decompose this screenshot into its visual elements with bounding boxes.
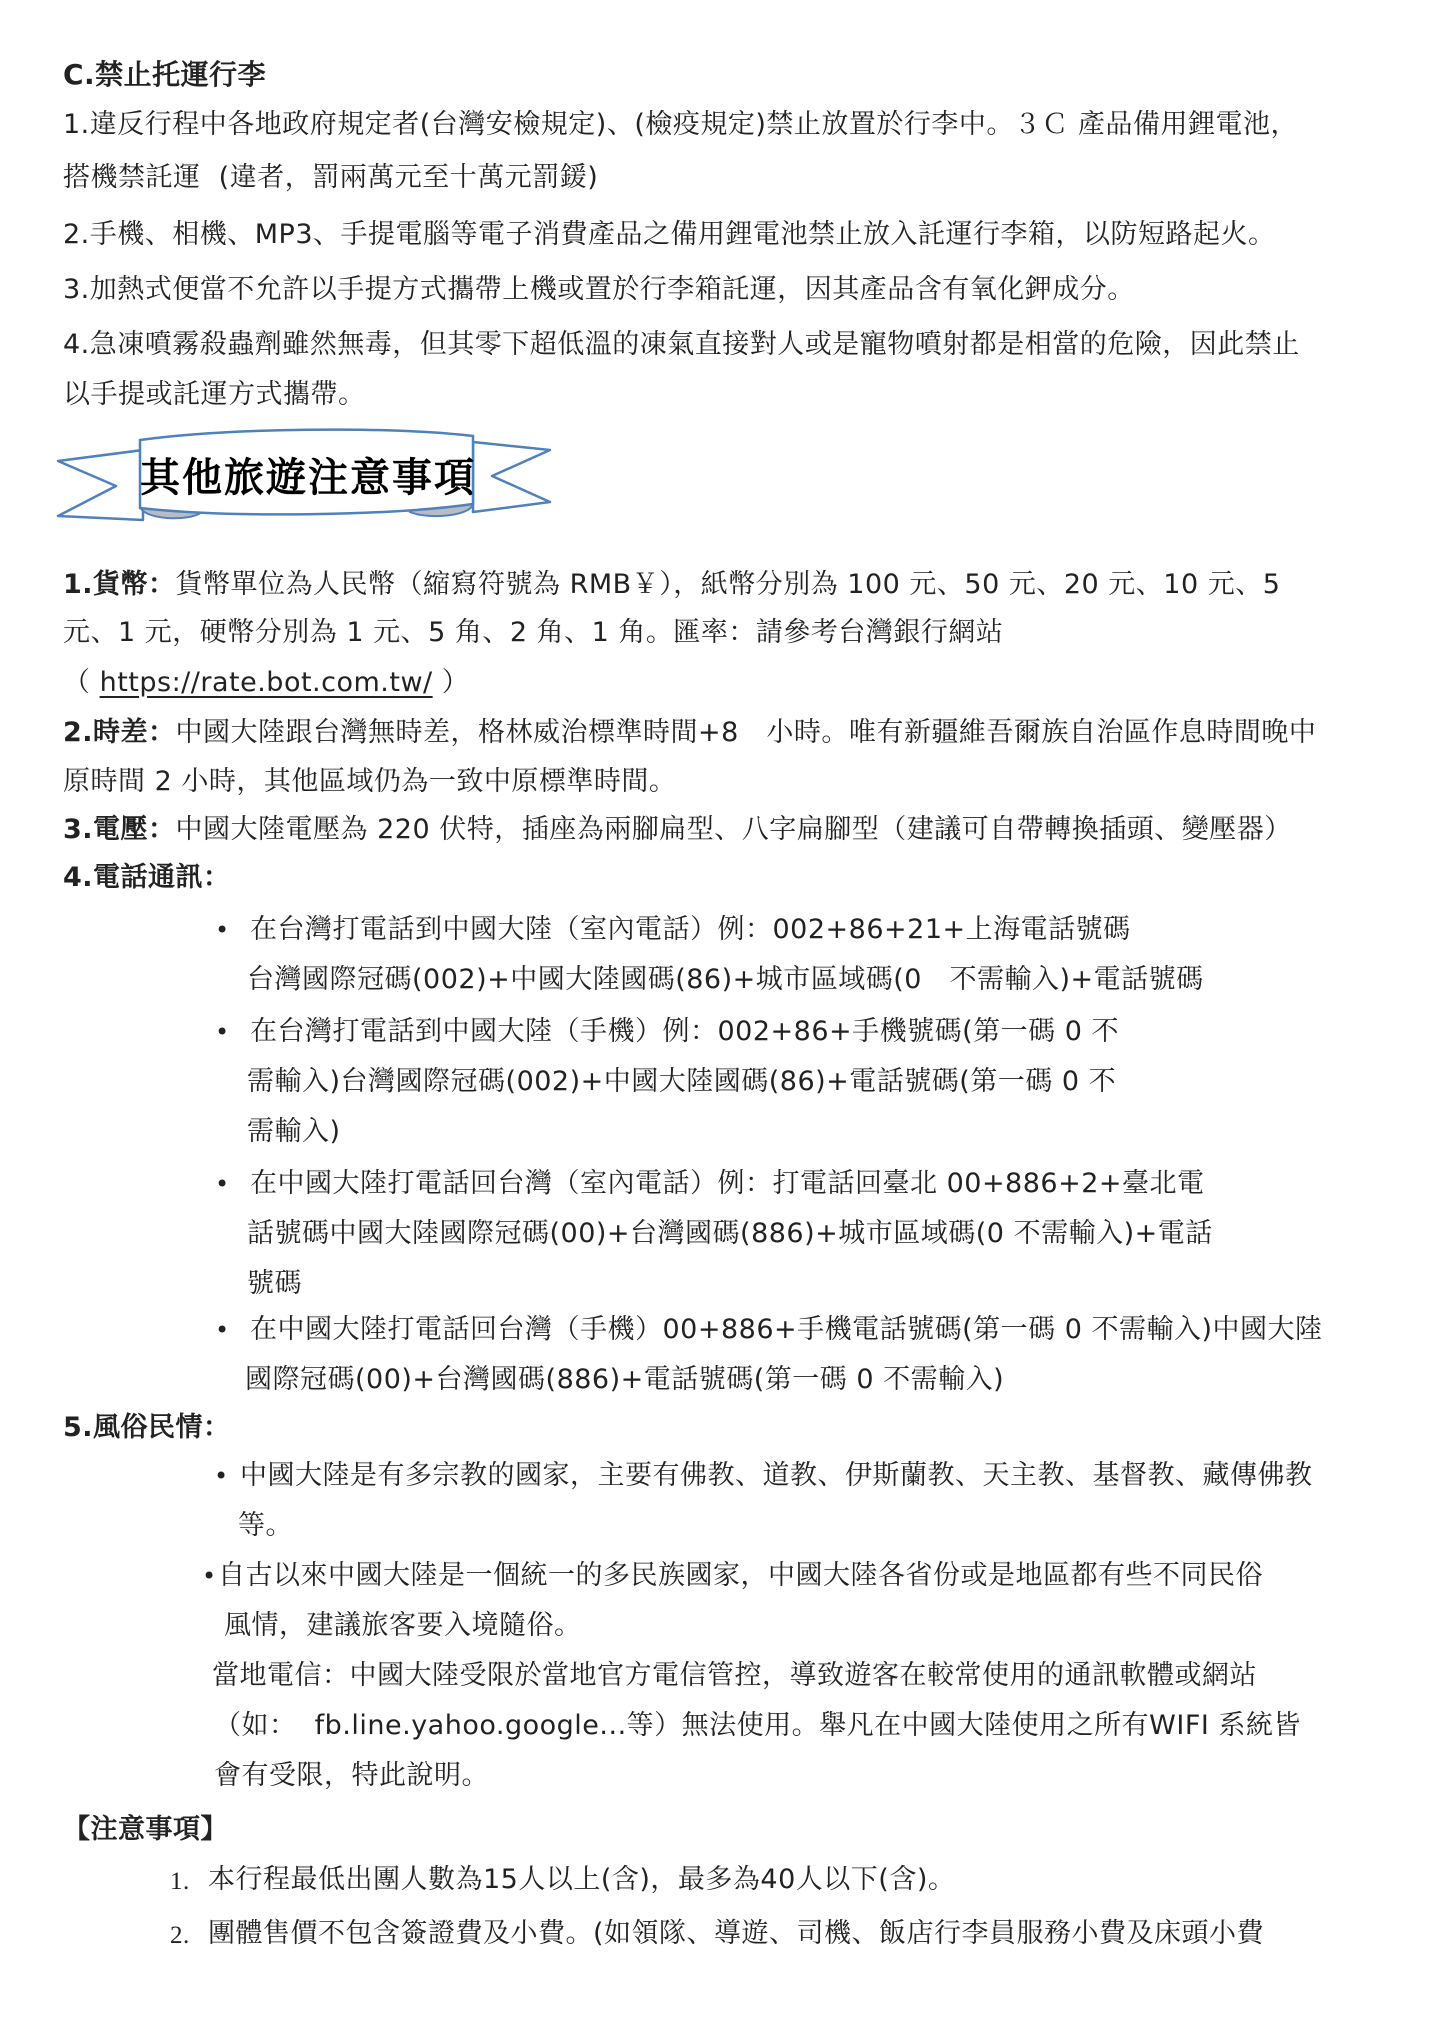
notice-item-number: 2.	[170, 1918, 190, 1954]
customs-bullet-cont: 風情，建議旅客要入境隨俗。	[224, 1608, 582, 1644]
telecom-heading: 4.電話通訊：	[63, 860, 231, 896]
timezone-label: 2.時差：	[63, 717, 176, 748]
telecom-bullet-text: 在台灣打電話到中國大陸（室內電話）例：002+86+21+上海電話號碼	[250, 914, 1131, 945]
voltage-label: 3.電壓：	[63, 814, 176, 845]
intro-line: 2.手機、相機、MP3、手提電腦等電子消費產品之備用鋰電池禁止放入託運行李箱，以…	[63, 217, 1276, 253]
bullet-icon: •	[202, 1558, 217, 1594]
local-telecom-line: 當地電信：中國大陸受限於當地官方電信管控，導致遊客在較常使用的通訊軟體或網站	[212, 1658, 1257, 1694]
paren-close: ）	[433, 667, 470, 698]
telecom-bullet-line: •在中國大陸打電話回台灣（室內電話）例：打電話回臺北 00+886+2+臺北電	[250, 1166, 1205, 1202]
section-c-heading: C.禁止托運行李	[63, 57, 266, 93]
document-page: C.禁止托運行李 1.違反行程中各地政府規定者(台灣安檢規定)、(檢疫規定)禁止…	[0, 0, 1440, 2026]
bullet-icon: •	[215, 1166, 230, 1202]
bullet-icon: •	[214, 1458, 229, 1494]
customs-bullet-text: 中國大陸是有多宗教的國家，主要有佛教、道教、伊斯蘭教、天主教、基督教、藏傳佛教	[240, 1460, 1313, 1491]
banner-title: 其他旅遊注意事項	[140, 446, 473, 503]
local-telecom-line: （如： fb.line.yahoo.google...等）無法使用。舉凡在中國大…	[214, 1708, 1301, 1744]
notice-item: 1.本行程最低出團人數為15人以上(含)，最多為40人以下(含)。	[208, 1862, 955, 1898]
telecom-bullet-cont: 台灣國際冠碼(002)+中國大陸國碼(86)+城市區域碼(0 不需輸入)+電話號…	[247, 962, 1204, 998]
currency-text: 貨幣單位為人民幣（縮寫符號為 RMB￥），紙幣分別為 100 元、50 元、20…	[176, 569, 1281, 600]
customs-bullet-cont: 等。	[238, 1508, 293, 1544]
telecom-bullet-line: •在台灣打電話到中國大陸（手機）例：002+86+手機號碼(第一碼 0 不	[250, 1014, 1119, 1050]
customs-bullet-line: •自古以來中國大陸是一個統一的多民族國家，中國大陸各省份或是地區都有些不同民俗	[218, 1558, 1263, 1594]
currency-line-1: 1.貨幣：貨幣單位為人民幣（縮寫符號為 RMB￥），紙幣分別為 100 元、50…	[63, 567, 1280, 603]
intro-line: 搭機禁託運 (違者，罰兩萬元至十萬元罰鍰)	[63, 160, 598, 196]
telecom-bullet-cont: 國際冠碼(00)+台灣國碼(886)+電話號碼(第一碼 0 不需輸入)	[245, 1362, 1004, 1398]
paren-open: （	[63, 667, 100, 698]
currency-line-2: 元、1 元，硬幣分別為 1 元、5 角、2 角、1 角。匯率：請參考台灣銀行網站	[63, 615, 1003, 651]
telecom-bullet-line: •在中國大陸打電話回台灣（手機）00+886+手機電話號碼(第一碼 0 不需輸入…	[250, 1312, 1323, 1348]
bullet-icon: •	[215, 912, 230, 948]
notice-item-text: 本行程最低出團人數為15人以上(含)，最多為40人以下(含)。	[208, 1864, 955, 1895]
customs-heading: 5.風俗民情：	[63, 1410, 231, 1446]
notice-item-text: 團體售價不包含簽證費及小費。(如領隊、導遊、司機、飯店行李員服務小費及床頭小費	[208, 1918, 1264, 1949]
timezone-line-1: 2.時差：中國大陸跟台灣無時差，格林威治標準時間+8 小時。唯有新疆維吾爾族自治…	[63, 715, 1316, 751]
telecom-bullet-text: 在台灣打電話到中國大陸（手機）例：002+86+手機號碼(第一碼 0 不	[250, 1016, 1119, 1047]
currency-label: 1.貨幣：	[63, 569, 176, 600]
telecom-bullet-cont: 號碼	[247, 1266, 302, 1302]
section-banner: 其他旅遊注意事項	[48, 424, 560, 530]
intro-line: 以手提或託運方式攜帶。	[63, 377, 366, 413]
currency-line-3: （ https://rate.bot.com.tw/ ）	[63, 665, 469, 701]
timezone-text: 中國大陸跟台灣無時差，格林威治標準時間+8 小時。唯有新疆維吾爾族自治區作息時間…	[176, 717, 1317, 748]
notice-heading: 【注意事項】	[63, 1812, 228, 1848]
timezone-line-2: 原時間 2 小時，其他區域仍為一致中原標準時間。	[63, 764, 676, 800]
bullet-icon: •	[215, 1312, 230, 1348]
intro-line: 3.加熱式便當不允許以手提方式攜帶上機或置於行李箱託運，因其產品含有氧化鉀成分。	[63, 272, 1135, 308]
telecom-bullet-text: 在中國大陸打電話回台灣（手機）00+886+手機電話號碼(第一碼 0 不需輸入)…	[250, 1314, 1323, 1345]
voltage-text: 中國大陸電壓為 220 伏特，插座為兩腳扁型、八字扁腳型（建議可自帶轉換插頭、變…	[176, 814, 1292, 845]
telecom-bullet-line: •在台灣打電話到中國大陸（室內電話）例：002+86+21+上海電話號碼	[250, 912, 1131, 948]
voltage-line: 3.電壓：中國大陸電壓為 220 伏特，插座為兩腳扁型、八字扁腳型（建議可自帶轉…	[63, 812, 1292, 848]
telecom-bullet-cont: 話號碼中國大陸國際冠碼(00)+台灣國碼(886)+城市區域碼(0 不需輸入)+…	[247, 1216, 1213, 1252]
telecom-bullet-cont: 需輸入)	[247, 1114, 341, 1150]
notice-item: 2.團體售價不包含簽證費及小費。(如領隊、導遊、司機、飯店行李員服務小費及床頭小…	[208, 1916, 1264, 1952]
telecom-bullet-cont: 需輸入)台灣國際冠碼(002)+中國大陸國碼(86)+電話號碼(第一碼 0 不	[247, 1064, 1116, 1100]
customs-bullet-line: •中國大陸是有多宗教的國家，主要有佛教、道教、伊斯蘭教、天主教、基督教、藏傳佛教	[240, 1458, 1313, 1494]
bullet-icon: •	[215, 1014, 230, 1050]
notice-item-number: 1.	[170, 1864, 190, 1900]
exchange-rate-link[interactable]: https://rate.bot.com.tw/	[100, 667, 433, 698]
intro-line: 4.急凍噴霧殺蟲劑雖然無毒，但其零下超低溫的凍氣直接對人或是寵物噴射都是相當的危…	[63, 327, 1300, 363]
intro-line: 1.違反行程中各地政府規定者(台灣安檢規定)、(檢疫規定)禁止放置於行李中。３Ｃ…	[63, 107, 1298, 143]
customs-bullet-text: 自古以來中國大陸是一個統一的多民族國家，中國大陸各省份或是地區都有些不同民俗	[218, 1560, 1263, 1591]
local-telecom-line: 會有受限，特此說明。	[214, 1758, 489, 1794]
telecom-bullet-text: 在中國大陸打電話回台灣（室內電話）例：打電話回臺北 00+886+2+臺北電	[250, 1168, 1205, 1199]
